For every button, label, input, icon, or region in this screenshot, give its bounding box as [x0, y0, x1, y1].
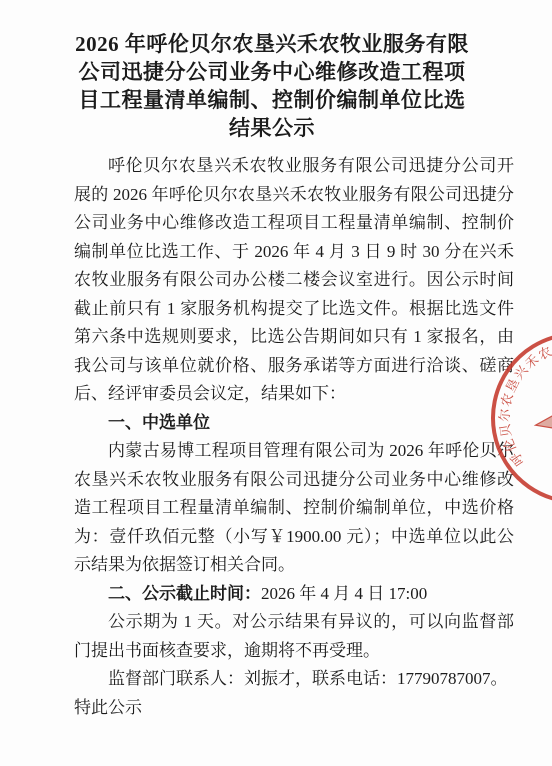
closing-line: 特此公示 — [74, 694, 514, 723]
section-2-line: 二、公示截止时间：2026 年 4 月 4 日 17:00 — [74, 580, 514, 609]
paragraph-contact: 监督部门联系人：刘振才，联系电话：17790787007。 — [74, 665, 514, 694]
document-content: 2026 年呼伦贝尔农垦兴禾农牧业服务有限公司迅捷分公司业务中心维修改造工程项目… — [74, 30, 514, 722]
paragraph-objection: 公示期为 1 天。对公示结果有异议的，可以向监督部门提出书面核查要求，逾期将不再… — [74, 608, 514, 665]
section-1-heading: 一、中选单位 — [74, 409, 514, 438]
paragraph-winner: 内蒙古易博工程项目管理有限公司为 2026 年呼伦贝尔农垦兴禾农牧业服务有限公司… — [74, 437, 514, 580]
section-2-heading: 二、公示截止时间： — [108, 584, 261, 603]
paragraph-intro: 呼伦贝尔农垦兴禾农牧业服务有限公司迅捷分公司开展的 2026 年呼伦贝尔农垦兴禾… — [74, 152, 514, 409]
seal-star — [522, 362, 552, 467]
section-2-deadline: 2026 年 4 月 4 日 17:00 — [261, 584, 427, 603]
notice-document: 2026 年呼伦贝尔农垦兴禾农牧业服务有限公司迅捷分公司业务中心维修改造工程项目… — [0, 0, 552, 766]
document-title: 2026 年呼伦贝尔农垦兴禾农牧业服务有限公司迅捷分公司业务中心维修改造工程项目… — [74, 30, 470, 142]
